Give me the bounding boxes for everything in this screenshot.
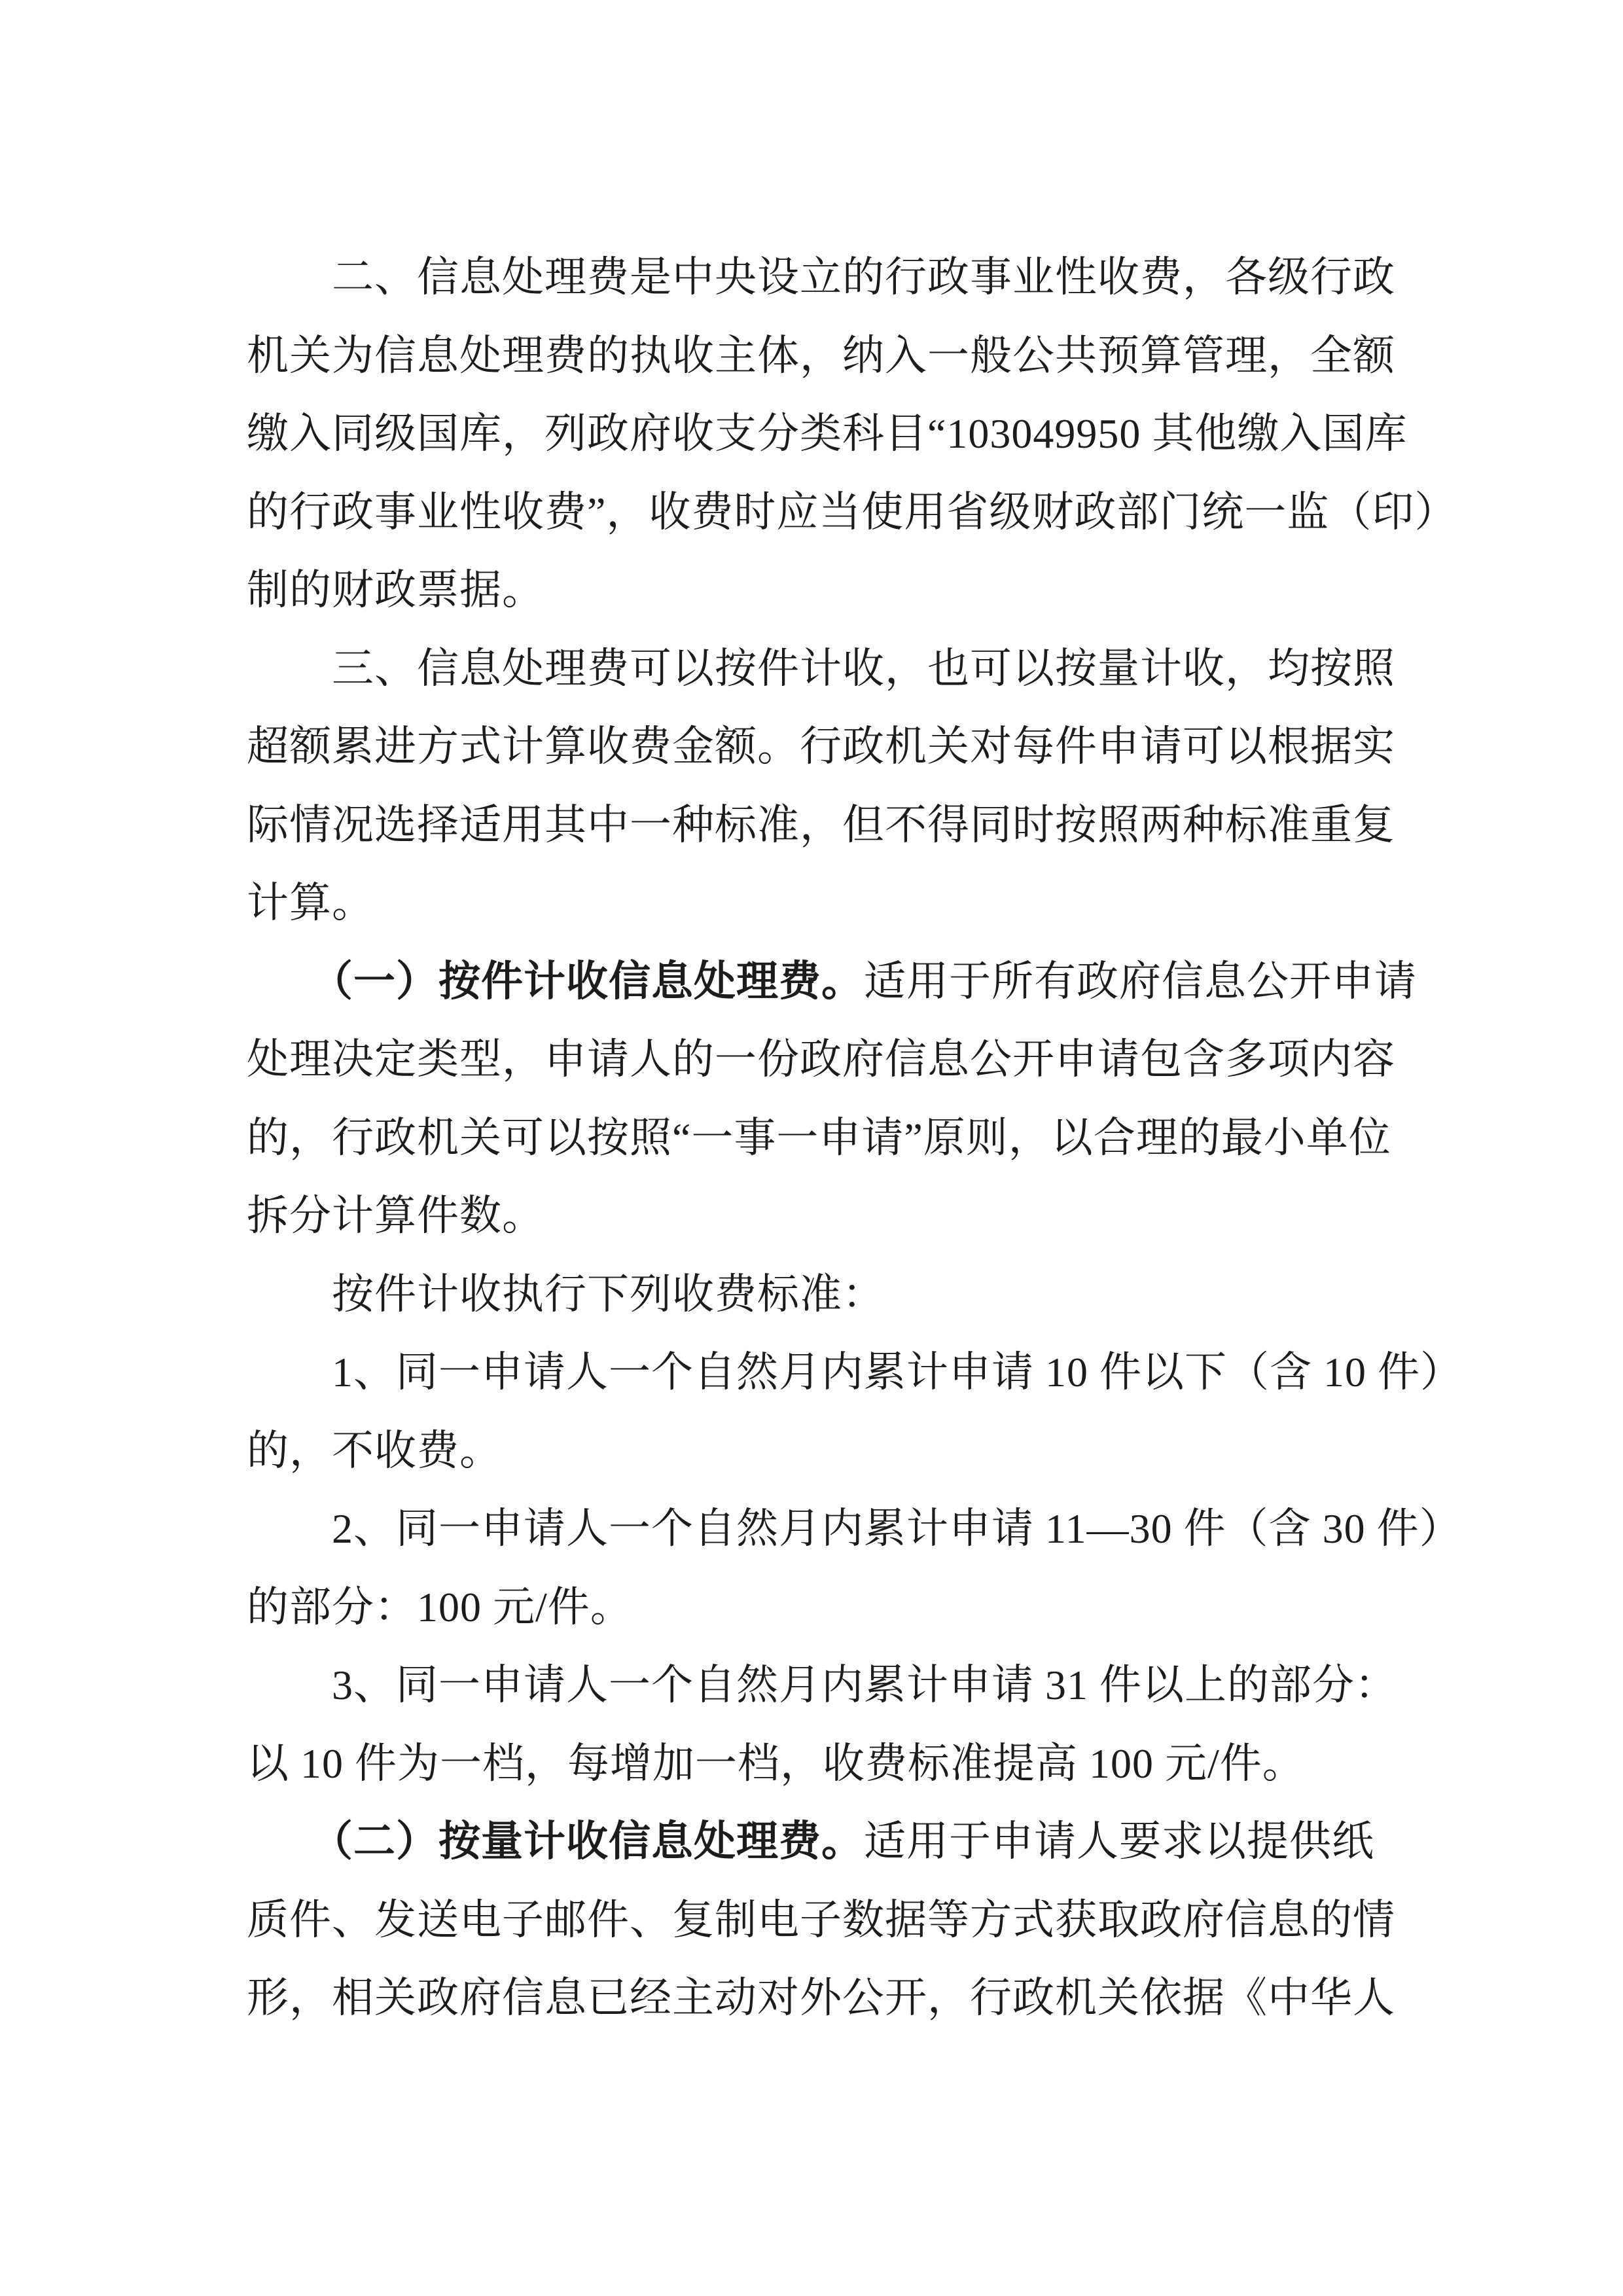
line-text-segment: 形，相关政府信息已经主动对外公开，行政机关依据《中华人 <box>247 1975 1395 2021</box>
text-line: 的部分：100 元/件。 <box>247 1568 1516 1647</box>
line-text-segment: 的部分：100 元/件。 <box>247 1584 633 1630</box>
line-text-segment: 的，行政机关可以按照“一事一申请”原则，以合理的最小单位 <box>247 1115 1391 1161</box>
text-line: 计算。 <box>247 864 1516 942</box>
line-bold-segment: （二）按量计收信息处理费。 <box>247 1818 864 1865</box>
line-text-segment: 超额累进方式计算收费金额。行政机关对每件申请可以根据实 <box>247 723 1395 770</box>
document-body: 二、信息处理费是中央设立的行政事业性收费，各级行政 机关为信息处理费的执收主体，… <box>247 238 1516 2037</box>
text-line: 二、信息处理费是中央设立的行政事业性收费，各级行政 <box>247 238 1516 317</box>
text-line: 的，不收费。 <box>247 1412 1516 1490</box>
line-text-segment: 的行政事业性收费”，收费时应当使用省级财政部门统一监（印） <box>247 489 1457 535</box>
line-text-segment: 的，不收费。 <box>247 1427 502 1474</box>
text-line: 拆分计算件数。 <box>247 1177 1516 1255</box>
text-line: 超额累进方式计算收费金额。行政机关对每件申请可以根据实 <box>247 708 1516 786</box>
line-text-segment: 以 10 件为一档，每增加一档，收费标准提高 100 元/件。 <box>247 1740 1305 1787</box>
text-line: 制的财政票据。 <box>247 551 1516 630</box>
text-line: 1、同一申请人一个自然月内累计申请 10 件以下（含 10 件） <box>247 1333 1516 1412</box>
line-text-segment: 拆分计算件数。 <box>247 1193 544 1239</box>
text-line: 处理决定类型，申请人的一份政府信息公开申请包含多项内容 <box>247 1020 1516 1099</box>
line-text-segment: 2、同一申请人一个自然月内累计申请 11—30 件（含 30 件） <box>247 1505 1462 1552</box>
line-text-segment: 3、同一申请人一个自然月内累计申请 31 件以上的部分： <box>247 1662 1397 1708</box>
line-text-segment: 缴入同级国库，列政府收支分类科目“103049950 其他缴入国库 <box>247 410 1407 457</box>
line-text-segment: 按件计收执行下列收费标准： <box>247 1271 885 1318</box>
line-text-segment: 处理决定类型，申请人的一份政府信息公开申请包含多项内容 <box>247 1036 1395 1083</box>
text-line: 的，行政机关可以按照“一事一申请”原则，以合理的最小单位 <box>247 1099 1516 1177</box>
line-text-segment: 计算。 <box>247 880 374 926</box>
text-line: 缴入同级国库，列政府收支分类科目“103049950 其他缴入国库 <box>247 395 1516 473</box>
text-line: 形，相关政府信息已经主动对外公开，行政机关依据《中华人 <box>247 1959 1516 2037</box>
line-text-segment: 适用于所有政府信息公开申请 <box>864 958 1417 1005</box>
line-text-segment: 际情况选择适用其中一种标准，但不得同时按照两种标准重复 <box>247 802 1395 848</box>
line-text-segment: 1、同一申请人一个自然月内累计申请 10 件以下（含 10 件） <box>247 1349 1463 1395</box>
text-line: （二）按量计收信息处理费。适用于申请人要求以提供纸 <box>247 1803 1516 1881</box>
line-bold-segment: （一）按件计收信息处理费。 <box>247 958 864 1005</box>
text-line: （一）按件计收信息处理费。适用于所有政府信息公开申请 <box>247 942 1516 1021</box>
line-text-segment: 制的财政票据。 <box>247 567 544 613</box>
text-line: 以 10 件为一档，每增加一档，收费标准提高 100 元/件。 <box>247 1725 1516 1803</box>
line-text-segment: 质件、发送电子邮件、复制电子数据等方式获取政府信息的情 <box>247 1897 1395 1943</box>
text-line: 机关为信息处理费的执收主体，纳入一般公共预算管理，全额 <box>247 317 1516 395</box>
text-line: 质件、发送电子邮件、复制电子数据等方式获取政府信息的情 <box>247 1881 1516 1960</box>
text-line: 际情况选择适用其中一种标准，但不得同时按照两种标准重复 <box>247 786 1516 865</box>
text-line: 3、同一申请人一个自然月内累计申请 31 件以上的部分： <box>247 1646 1516 1725</box>
line-text-segment: 三、信息处理费可以按件计收，也可以按量计收，均按照 <box>247 645 1395 692</box>
document-page: 二、信息处理费是中央设立的行政事业性收费，各级行政 机关为信息处理费的执收主体，… <box>0 0 1623 2296</box>
text-line: 按件计收执行下列收费标准： <box>247 1255 1516 1334</box>
line-text-segment: 二、信息处理费是中央设立的行政事业性收费，各级行政 <box>247 254 1395 300</box>
text-line: 2、同一申请人一个自然月内累计申请 11—30 件（含 30 件） <box>247 1490 1516 1568</box>
text-line: 的行政事业性收费”，收费时应当使用省级财政部门统一监（印） <box>247 473 1516 552</box>
line-text-segment: 机关为信息处理费的执收主体，纳入一般公共预算管理，全额 <box>247 332 1395 379</box>
line-text-segment: 适用于申请人要求以提供纸 <box>864 1818 1374 1865</box>
text-line: 三、信息处理费可以按件计收，也可以按量计收，均按照 <box>247 630 1516 708</box>
